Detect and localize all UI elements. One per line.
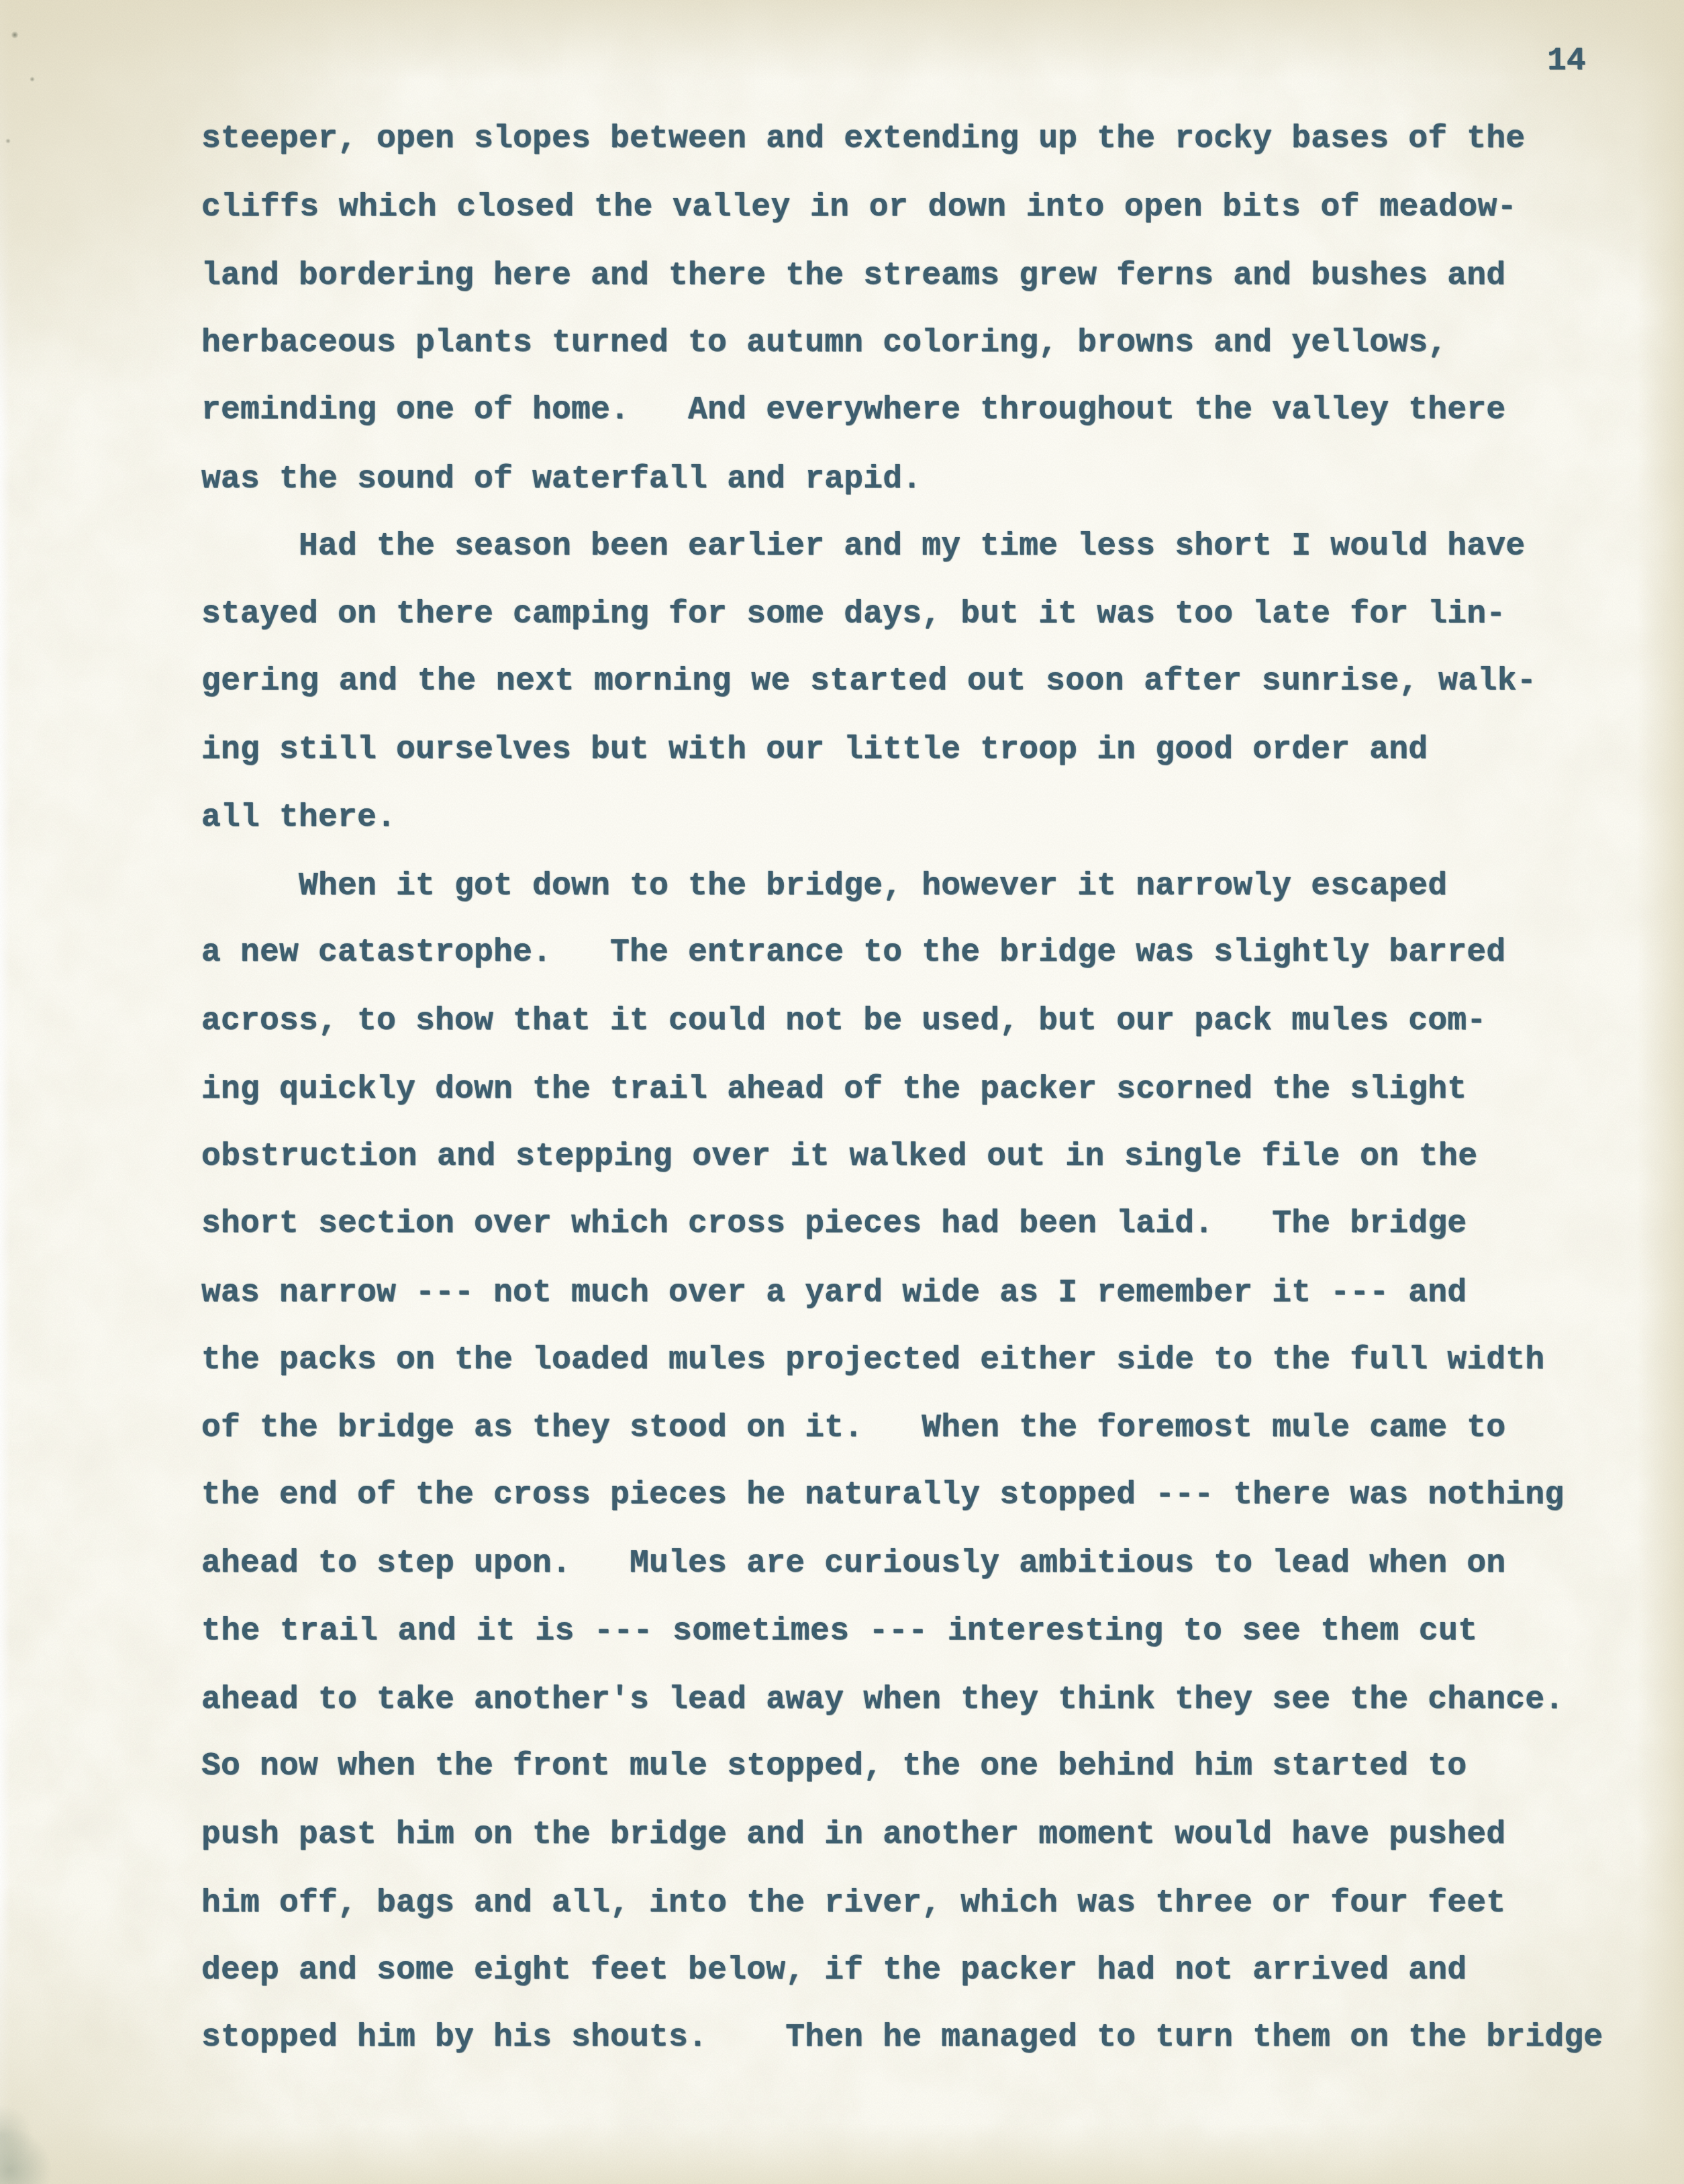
text-line: was narrow --- not much over a yard wide… [201,1260,1603,1327]
text-line: ing still ourselves but with our little … [201,716,1603,784]
text-line: ahead to step upon. Mules are curiously … [201,1530,1603,1598]
manuscript-page: 14 steeper, open slopes between and exte… [0,0,1684,2184]
text-line: stopped him by his shouts. Then he manag… [201,2004,1603,2072]
text-line: the trail and it is --- sometimes --- in… [201,1598,1603,1666]
text-line: all there. [201,784,1603,852]
text-line: a new catastrophe. The entrance to the b… [201,919,1603,987]
text-line: When it got down to the bridge, however … [201,853,1603,920]
text-line: land bordering here and there the stream… [201,242,1603,310]
text-line: gering and the next morning we started o… [201,648,1603,716]
text-line: of the bridge as they stood on it. When … [201,1394,1603,1462]
text-line: cliffs which closed the valley in or dow… [201,174,1603,242]
text-line: ahead to take another's lead away when t… [201,1666,1603,1734]
text-line: was the sound of waterfall and rapid. [201,446,1603,514]
text-line: across, to show that it could not be use… [201,988,1603,1055]
text-line: Had the season been earlier and my time … [201,513,1603,581]
text-line: obstruction and stepping over it walked … [201,1123,1603,1191]
text-line: steeper, open slopes between and extendi… [201,105,1603,173]
text-line: stayed on there camping for some days, b… [201,581,1603,649]
typewritten-text-block: steeper, open slopes between and extendi… [201,106,1603,2073]
text-line: ing quickly down the trail ahead of the … [201,1056,1603,1124]
text-line: him off, bags and all, into the river, w… [201,1870,1603,1938]
text-line: deep and some eight feet below, if the p… [201,1937,1603,2005]
text-line: the packs on the loaded mules projected … [201,1327,1603,1394]
text-line: herbaceous plants turned to autumn color… [201,310,1603,377]
page-number: 14 [1547,43,1586,79]
text-line: push past him on the bridge and in anoth… [201,1801,1603,1869]
text-line: the end of the cross pieces he naturally… [201,1462,1603,1529]
text-line: So now when the front mule stopped, the … [201,1733,1603,1801]
text-line: short section over which cross pieces ha… [201,1190,1603,1258]
text-line: reminding one of home. And everywhere th… [201,377,1603,444]
